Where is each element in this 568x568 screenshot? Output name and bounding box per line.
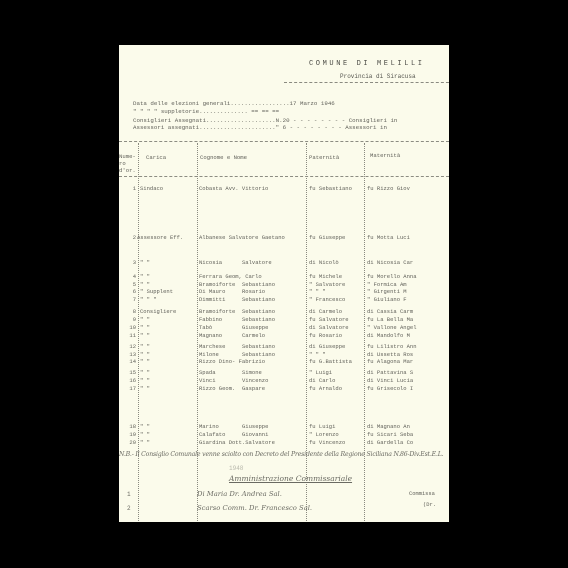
row-number: 20: [119, 440, 136, 446]
row-paternita: di Carmelo: [309, 309, 342, 315]
row-number: 1: [119, 186, 136, 192]
table-row: 18 " " Marino Giuseppe fu Luigi di Magna…: [119, 424, 449, 431]
row-cognome: Rizzo Dino- Fabrizio: [199, 359, 265, 365]
row-maternita: fu Grisecolo I: [367, 386, 413, 392]
row-cognome: Cobasta Avv. Vittorio: [199, 186, 268, 192]
row-paternita: fu Salvatore: [309, 317, 349, 323]
row-carica: " ": [140, 370, 150, 376]
row-number: 8: [119, 309, 136, 315]
meta-value: == == ==: [251, 108, 279, 115]
row-maternita: fu Rizzo Giov: [367, 186, 410, 192]
row-nome: Sebastiano: [242, 317, 275, 323]
row-cognome: Di Mauro: [199, 289, 225, 295]
table-row: 12 " " Marchese Sebastiano di Giuseppe f…: [119, 344, 449, 351]
meta-label: Consiglieri Assegnati...................…: [133, 117, 276, 124]
row-cognome: Giardina Dott.Salvatore: [199, 440, 275, 446]
row-carica: " ": [140, 260, 150, 266]
meta-row-supplementary: " " " " suppletorie.............. == == …: [133, 109, 279, 115]
row-number: 7: [119, 297, 136, 303]
row-maternita: di Cassia Carm: [367, 309, 413, 315]
table-row: 15 " " Spada Simone " Luigi di Pattavina…: [119, 370, 449, 377]
row-cognome: Vinci: [199, 378, 216, 384]
row-paternita: di Nicolò: [309, 260, 339, 266]
meta-value: N.20: [276, 117, 290, 124]
table-row: 17 " " Rizzo Geom. Gaspare fu Arnaldo fu…: [119, 386, 449, 393]
row-carica: " ": [140, 344, 150, 350]
row-paternita: fu Giuseppe: [309, 235, 345, 241]
meta-label: Assessori assegnati.....................…: [133, 124, 276, 131]
table-row: 19 " " Calafato Giovanni " Lorenzo fu Si…: [119, 432, 449, 439]
row-cognome: Spada: [199, 370, 216, 376]
column-header-numero: Nume-ro d'or.: [119, 153, 137, 174]
row-maternita: di Gardella Co: [367, 440, 413, 446]
row-nome: Giuseppe: [242, 424, 268, 430]
row-number: 18: [119, 424, 136, 430]
row-maternita: di Mandolfo M: [367, 333, 410, 339]
row-cognome: Marchese: [199, 344, 225, 350]
row-number: 14: [119, 359, 136, 365]
table-row: 3 " " Nicosia Salvatore di Nicolò di Nic…: [119, 260, 449, 267]
table-row: 9 " " Fabbino Sebastiano fu Salvatore fu…: [119, 317, 449, 324]
column-header-paternita: Paternità: [309, 155, 339, 161]
row-carica: " ": [140, 424, 150, 430]
row-number: 13: [119, 352, 136, 358]
row-carica: Consigliere: [140, 309, 176, 315]
row-carica: Assessore Eff.: [137, 235, 183, 241]
row-maternita: fu Alagona Mar: [367, 359, 413, 365]
row-carica: " ": [140, 333, 150, 339]
row-maternita: fu Morello Anna: [367, 274, 417, 280]
row-number: 19: [119, 432, 136, 438]
table-row: 2 Assessore Eff. Albanese Salvatore Gaet…: [119, 235, 449, 242]
row-carica: " Supplent: [140, 289, 173, 295]
row-cognome: Fabbino: [199, 317, 222, 323]
row-maternita: di Pattavina S: [367, 370, 413, 376]
meta-row-councillors: Consiglieri Assegnati...................…: [133, 118, 397, 124]
row-carica: " ": [140, 432, 150, 438]
row-paternita: di Giuseppe: [309, 344, 345, 350]
row-nome: Rosario: [242, 289, 265, 295]
table-row: 6 " Supplent Di Mauro Rosario " " " " Gi…: [119, 289, 449, 296]
meta-right: - - - - - - - - Consiglieri in: [293, 117, 397, 124]
meta-row-elections: Data delle elezioni generali............…: [133, 101, 335, 107]
stamp-text: (Dr.: [423, 503, 436, 508]
row-carica: " ": [140, 359, 150, 365]
table-row: 4 " " Ferrara Geom, Carlo fu Michele fu …: [119, 274, 449, 281]
row-paternita: fu Rosario: [309, 333, 342, 339]
column-header-carica: Carica: [146, 155, 166, 161]
row-cognome: Bramoiforte: [199, 282, 235, 288]
row-carica: " " ": [140, 297, 157, 303]
row-maternita: di Vinci Lucia: [367, 378, 413, 384]
table-row: 20 " " Giardina Dott.Salvatore fu Vincen…: [119, 440, 449, 447]
title-rule: [284, 82, 449, 83]
row-paternita: di Carlo: [309, 378, 335, 384]
row-carica: " ": [140, 386, 150, 392]
row-nome: Salvatore: [242, 260, 272, 266]
row-nome: Carmelo: [242, 333, 265, 339]
table-row: 8 Consigliere Bramoiforte Sebastiano di …: [119, 309, 449, 316]
row-maternita: " Giuliano F: [367, 297, 407, 303]
row-maternita: " Vallone Angel: [367, 325, 417, 331]
row-number: 3: [119, 260, 136, 266]
row-paternita: fu G.Battista: [309, 359, 352, 365]
row-maternita: di Ussetta Ros: [367, 352, 413, 358]
row-maternita: fu Lilistro Ann: [367, 344, 417, 350]
row-maternita: di Magnano An: [367, 424, 410, 430]
row-cognome: Tabò: [199, 325, 212, 331]
meta-row-assessors: Assessori assegnati.....................…: [133, 125, 387, 131]
table-row: 16 " " Vinci Vincenzo di Carlo di Vinci …: [119, 378, 449, 385]
row-number: 10: [119, 325, 136, 331]
row-paternita: fu Michele: [309, 274, 342, 280]
row-carica: " ": [140, 378, 150, 384]
row-carica: " ": [140, 274, 150, 280]
row-cognome: Rizzo Geom.: [199, 386, 235, 392]
document-subtitle: Provincia di Siracusa: [340, 74, 416, 80]
table-top-rule: [119, 141, 449, 142]
row-cognome: Bramoiforte: [199, 309, 235, 315]
admin-heading: Amministrazione Commissariale: [229, 475, 352, 483]
meta-label: Data delle elezioni generali............…: [133, 100, 290, 107]
row-carica: " ": [140, 352, 150, 358]
row-maternita: di Nicosia Car: [367, 260, 413, 266]
faint-year: 1948: [229, 466, 243, 472]
signature-number: 2: [127, 506, 131, 512]
row-paternita: " " ": [309, 352, 326, 358]
document-title: COMUNE DI MELILLI: [309, 61, 425, 68]
row-nome: Sebastiano: [242, 282, 275, 288]
meta-label: " " " " suppletorie..............: [133, 108, 248, 115]
row-nome: Vincenzo: [242, 378, 268, 384]
header-bottom-rule: [119, 176, 449, 177]
row-nome: Sebastiano: [242, 297, 275, 303]
row-number: 2: [119, 235, 136, 241]
row-carica: " ": [140, 325, 150, 331]
row-paternita: fu Arnaldo: [309, 386, 342, 392]
row-carica: " ": [140, 440, 150, 446]
row-number: 15: [119, 370, 136, 376]
row-nome: Sebastiano: [242, 352, 275, 358]
row-cognome: Magnano: [199, 333, 222, 339]
column-header-cognome-nome: Cognome e Nome: [200, 155, 247, 161]
meta-value: 17 Marzo 1946: [290, 100, 335, 107]
row-maternita: fu Sicari Seba: [367, 432, 413, 438]
row-paternita: di Salvatore: [309, 325, 349, 331]
signature-line: Di Maria Dr. Andrea Sal.: [197, 491, 282, 498]
row-carica: Sindaco: [140, 186, 163, 192]
row-cognome: Nicosia: [199, 260, 222, 266]
row-number: 12: [119, 344, 136, 350]
row-maternita: " Girgenti M: [367, 289, 407, 295]
signature-line: Scarso Comm. Dr. Francesco Sal.: [197, 505, 312, 512]
row-number: 4: [119, 274, 136, 280]
row-number: 6: [119, 289, 136, 295]
row-paternita: " Salvatore: [309, 282, 345, 288]
document-page: COMUNE DI MELILLI Provincia di Siracusa …: [119, 45, 449, 522]
row-paternita: fu Vincenzo: [309, 440, 345, 446]
row-nome: Sebastiano: [242, 344, 275, 350]
row-paternita: " Lorenzo: [309, 432, 339, 438]
row-paternita: " Francesco: [309, 297, 345, 303]
row-nome: Giuseppe: [242, 325, 268, 331]
row-maternita: fu La Bella Ma: [367, 317, 413, 323]
row-nome: Simone: [242, 370, 262, 376]
handwritten-note: N.B.- Il Consiglio Comunale venne sciolt…: [119, 452, 443, 458]
row-cognome: Calafato: [199, 432, 225, 438]
row-cognome: Dimmitti: [199, 297, 225, 303]
row-paternita: fu Sebastiano: [309, 186, 352, 192]
row-number: 11: [119, 333, 136, 339]
row-cognome: Marino: [199, 424, 219, 430]
row-number: 5: [119, 282, 136, 288]
row-nome: Giovanni: [242, 432, 268, 438]
table-row: 10 " " Tabò Giuseppe di Salvatore " Vall…: [119, 325, 449, 332]
table-row: 7 " " " Dimmitti Sebastiano " Francesco …: [119, 297, 449, 304]
table-row: 11 " " Magnano Carmelo fu Rosario di Man…: [119, 333, 449, 340]
row-maternita: fu Motta Luci: [367, 235, 410, 241]
row-paternita: " Luigi: [309, 370, 332, 376]
row-nome: Sebastiano: [242, 309, 275, 315]
row-carica: " ": [140, 317, 150, 323]
table-row: 14 " " Rizzo Dino- Fabrizio fu G.Battist…: [119, 359, 449, 366]
column-header-maternita: Maternità: [370, 153, 400, 159]
row-cognome: Ferrara Geom, Carlo: [199, 274, 262, 280]
row-paternita: fu Luigi: [309, 424, 335, 430]
row-number: 9: [119, 317, 136, 323]
meta-right: - - - - - - - - Assessori in: [290, 124, 387, 131]
table-row: 1 Sindaco Cobasta Avv. Vittorio fu Sebas…: [119, 186, 449, 193]
row-cognome: Milone: [199, 352, 219, 358]
row-number: 17: [119, 386, 136, 392]
row-cognome: Albanese Salvatore Gaetano: [199, 235, 285, 241]
row-number: 16: [119, 378, 136, 384]
row-carica: " ": [140, 282, 150, 288]
row-nome: Gaspare: [242, 386, 265, 392]
signature-number: 1: [127, 492, 131, 498]
meta-value: " 6: [276, 124, 286, 131]
row-paternita: " " ": [309, 289, 326, 295]
stamp-text: Commissa: [409, 492, 435, 497]
row-maternita: " Formica Am: [367, 282, 407, 288]
